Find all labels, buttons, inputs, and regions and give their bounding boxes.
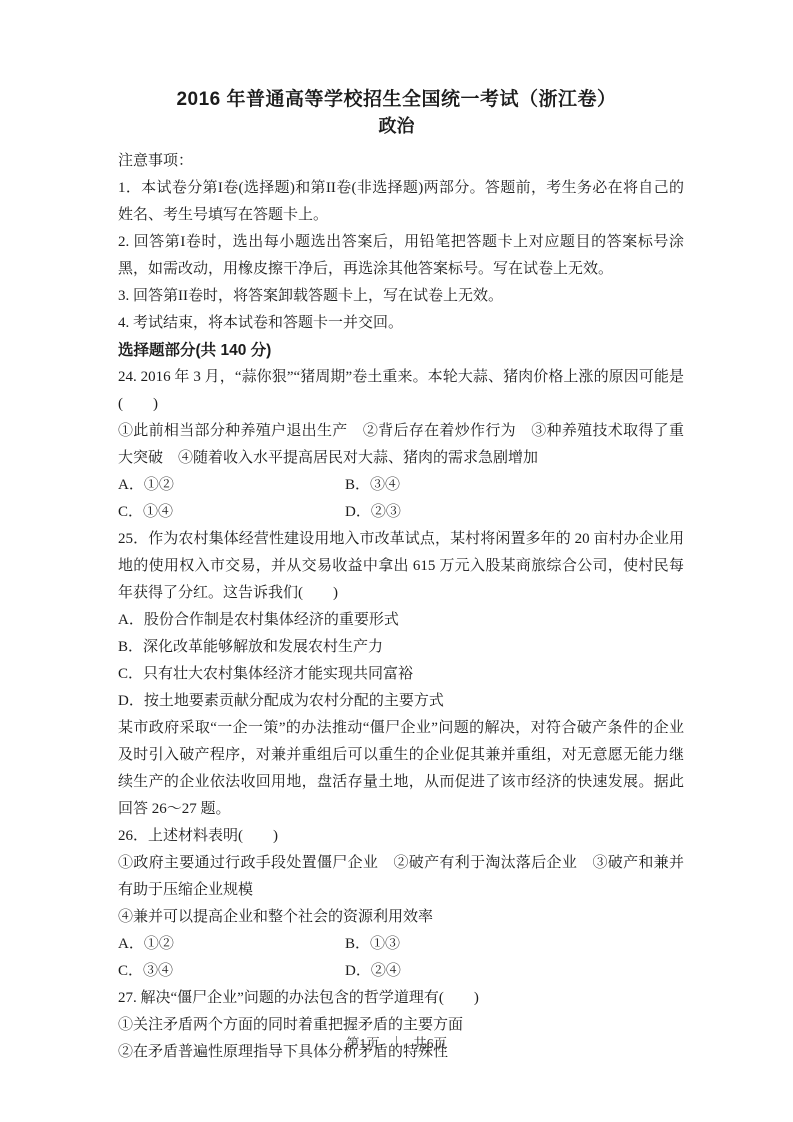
question-26-choices-1: ①政府主要通过行政手段处置僵尸企业 ②破产有利于淘汰落后企业 ③破产和兼并有助于… (118, 850, 684, 904)
question-24-option-a: A．①② (118, 472, 345, 499)
question-25-option-a: A．股份合作制是农村集体经济的重要形式 (118, 607, 684, 634)
question-26-option-c: C．③④ (118, 958, 345, 985)
question-26-choices-2: ④兼并可以提高企业和整个社会的资源利用效率 (118, 904, 684, 931)
page-footer: 第1页｜共6页 (0, 1030, 793, 1057)
footer-page-number: 第1页 (346, 1036, 380, 1051)
footer-separator: ｜ (390, 1030, 404, 1057)
title-block: 2016 年普通高等学校招生全国统一考试（浙江卷） 政治 (0, 0, 793, 139)
question-26-options-row-1: A．①② B．①③ (118, 931, 684, 958)
question-26-stem: 26．上述材料表明( ) (118, 823, 684, 850)
passage-26-27: 某市政府采取“一企一策”的办法推动“僵尸企业”问题的解决，对符合破产条件的企业及… (118, 715, 684, 823)
exam-paper-page: 2016 年普通高等学校招生全国统一考试（浙江卷） 政治 注意事项： 1．本试卷… (0, 0, 793, 1122)
question-24-option-c: C．①④ (118, 499, 345, 526)
notice-item-4: 4. 考试结束，将本试卷和答题卡一并交回。 (118, 310, 684, 337)
question-24-options-row-1: A．①② B．③④ (118, 472, 684, 499)
question-24-stem: 24. 2016 年 3 月，“蒜你狠”“猪周期”卷土重来。本轮大蒜、猪肉价格上… (118, 364, 684, 418)
exam-content: 注意事项： 1．本试卷分第I卷(选择题)和第II卷(非选择题)两部分。答题前，考… (118, 148, 684, 1066)
question-27-stem: 27. 解决“僵尸企业”问题的办法包含的哲学道理有( ) (118, 985, 684, 1012)
question-24-choices: ①此前相当部分种养殖户退出生产 ②背后存在着炒作行为 ③种养殖技术取得了重大突破… (118, 418, 684, 472)
page-subject: 政治 (0, 113, 793, 139)
notice-item-3: 3. 回答第II卷时，将答案卸载答题卡上，写在试卷上无效。 (118, 283, 684, 310)
question-26-option-d: D．②④ (345, 958, 401, 985)
question-24-option-b: B．③④ (345, 472, 400, 499)
question-25-option-c: C．只有壮大农村集体经济才能实现共同富裕 (118, 661, 684, 688)
question-25-option-b: B．深化改革能够解放和发展农村生产力 (118, 634, 684, 661)
question-25-option-d: D．按土地要素贡献分配成为农村分配的主要方式 (118, 688, 684, 715)
footer-total-pages: 共6页 (413, 1036, 447, 1051)
question-26-options-row-2: C．③④ D．②④ (118, 958, 684, 985)
question-26-option-b: B．①③ (345, 931, 400, 958)
question-24-options-row-2: C．①④ D．②③ (118, 499, 684, 526)
notice-item-2: 2. 回答第I卷时，选出每小题选出答案后，用铅笔把答题卡上对应题目的答案标号涂黑… (118, 229, 684, 283)
notice-heading: 注意事项： (118, 148, 684, 175)
question-24-option-d: D．②③ (345, 499, 401, 526)
section-heading: 选择题部分(共 140 分) (118, 337, 684, 364)
question-26-option-a: A．①② (118, 931, 345, 958)
notice-item-1: 1．本试卷分第I卷(选择题)和第II卷(非选择题)两部分。答题前，考生务必在将自… (118, 175, 684, 229)
question-25-stem: 25．作为农村集体经营性建设用地入市改革试点，某村将闲置多年的 20 亩村办企业… (118, 526, 684, 607)
page-title: 2016 年普通高等学校招生全国统一考试（浙江卷） (0, 86, 793, 113)
